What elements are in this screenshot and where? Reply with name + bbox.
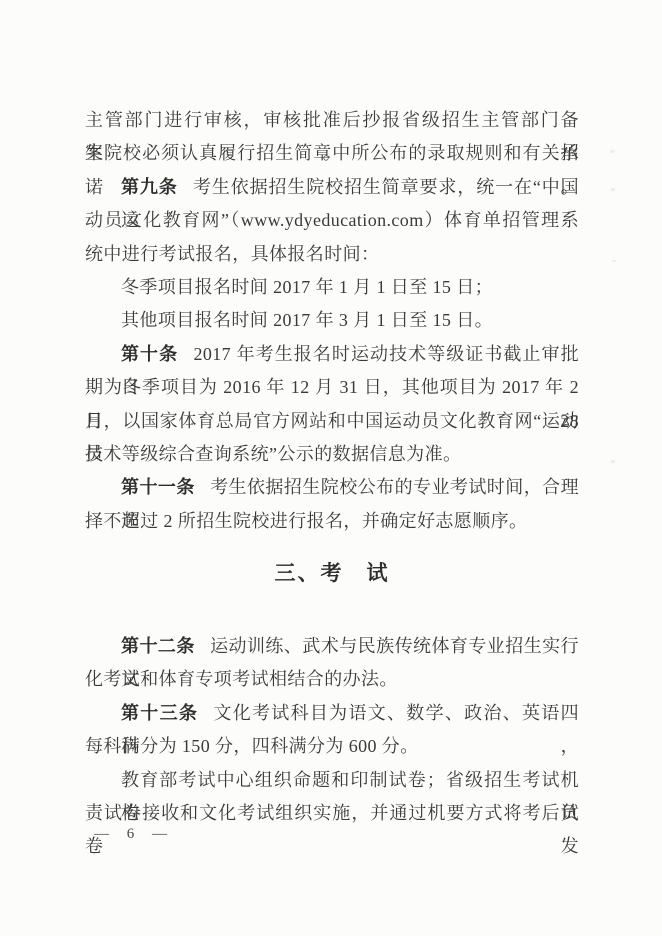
article-number: 第十条 [121,344,178,364]
line-text: 动员文化教育网”（www.ydyeducation.com）体育单招管理系 [85,210,579,230]
article-number: 第十二条 [121,636,195,656]
text-line: 冬季项目报名时间 2017 年 1 月 1 日至 15 日； [85,271,579,304]
article-number: 第九条 [121,177,178,197]
text-line: 统中进行考试报名，具体报名时间： [85,238,579,271]
scan-artifact [610,150,615,153]
text-line: 第十一条考生依据招生院校公布的专业考试时间，合理选 [85,471,579,504]
line-text: 技术等级综合查询系统”公示的数据信息为准。 [85,444,461,464]
section-heading: 三、考 试 [85,559,579,589]
section-body: 第十二条运动训练、武术与民族传统体育专业招生实行文 化考试和体育专项考试相结合的… [85,630,579,830]
scan-artifact [611,460,615,463]
scan-artifact [612,260,616,262]
text-line: 技术等级综合查询系统”公示的数据信息为准。 [85,438,579,471]
text-line: 期为冬季项目为 2016 年 12 月 31 日，其他项目为 2017 年 2 … [85,371,579,404]
line-text: 化考试和体育专项考试相结合的办法。 [85,669,398,689]
line-text: 冬季项目报名时间 2017 年 1 月 1 日至 15 日； [121,277,493,297]
text-line: 教育部考试中心组织命题和印制试卷；省级招生考试机构负 [85,764,579,797]
article-number: 第十三条 [121,703,198,723]
text-line: 第十条2017 年考生报名时运动技术等级证书截止审批日 [85,338,579,371]
line-text: 统中进行考试报名，具体报名时间： [85,244,379,264]
text-line: 其他项目报名时间 2017 年 3 月 1 日至 15 日。 [85,304,579,337]
line-text: 每科满分为 150 分，四科满分为 600 分。 [85,736,419,756]
scan-artifact [611,188,615,191]
text-line: 第十三条文化考试科目为语文、数学、政治、英语四科， [85,697,579,730]
text-line: 第十二条运动训练、武术与民族传统体育专业招生实行文 [85,630,579,663]
text-line: 择不超过 2 所招生院校进行报名，并确定好志愿顺序。 [85,505,579,538]
article-number: 第十一条 [121,477,195,497]
document-text-block: 主管部门进行审核，审核批准后抄报省级招生主管部门备案。招 生院校必须认真履行招生… [85,104,579,830]
line-text: 择不超过 2 所招生院校进行报名，并确定好志愿顺序。 [85,511,527,531]
text-line: 第九条考生依据招生院校招生简章要求，统一在“中国运 [85,171,579,204]
text-line: 动员文化教育网”（www.ydyeducation.com）体育单招管理系 [85,204,579,237]
page-number: — 6 — [94,826,171,843]
text-line: 主管部门进行审核，审核批准后抄报省级招生主管部门备案。招 [85,104,579,137]
line-text: 其他项目报名时间 2017 年 3 月 1 日至 15 日。 [121,310,493,330]
text-line: 化考试和体育专项考试相结合的办法。 [85,663,579,696]
text-line: 日，以国家体育总局官方网站和中国运动员文化教育网“运动员 [85,405,579,438]
document-page: 主管部门进行审核，审核批准后抄报省级招生主管部门备案。招 生院校必须认真履行招生… [0,0,662,936]
text-line: 生院校必须认真履行招生简章中所公布的录取规则和有关承诺。 [85,137,579,170]
